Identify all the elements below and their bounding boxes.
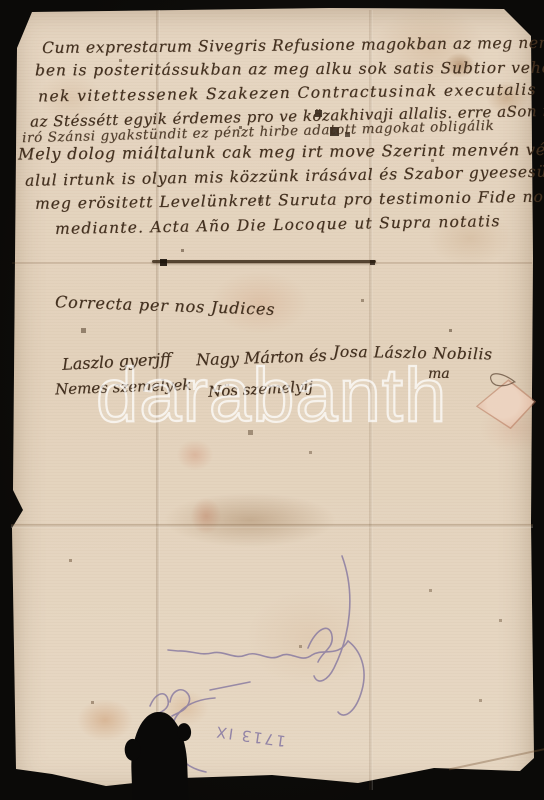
ink-speckles	[0, 0, 1, 1]
photo-backdrop: Cum exprestarum Sivegris Refusione magok…	[0, 0, 544, 800]
signature-right: Josa Lászlo Nobilis	[333, 343, 493, 364]
manuscript-line: ben is posteritássukban az meg alku sok …	[35, 59, 544, 80]
signature-right-sub: ma	[428, 366, 450, 382]
